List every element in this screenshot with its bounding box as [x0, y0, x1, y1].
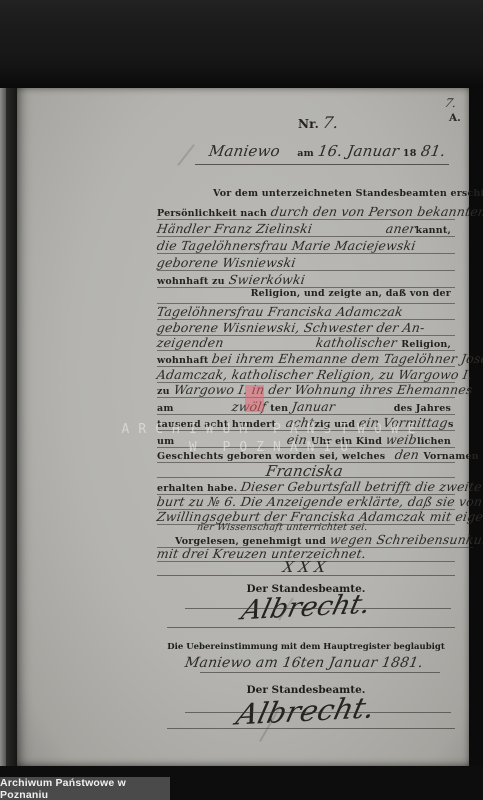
rule-line	[167, 728, 455, 729]
year-prefix: 18	[403, 148, 417, 159]
nr-label: Nr.	[298, 117, 319, 131]
place-name: Maniewo	[207, 142, 281, 160]
nr-value: 7.	[321, 113, 340, 132]
form-line: die Tagelöhnersfrau Marie Maciejewski	[157, 238, 455, 254]
registrar-signature: Albrecht.	[157, 694, 455, 728]
corner-letter: A.	[449, 112, 461, 124]
form-line: Adamczak, katholischer Religion, zu Warg…	[157, 367, 455, 383]
form-line: wohnhaft bei ihrem Ehemanne dem Tagelöhn…	[157, 351, 455, 367]
handwritten-text: weib	[385, 432, 418, 447]
form-line: um ein Uhr ein Kind weib lichen	[157, 432, 455, 448]
film-border-top	[0, 0, 483, 88]
printed-text: zig und	[314, 419, 355, 430]
form-line: erhalten habe. Dieser Geburtsfall betrif…	[157, 479, 455, 495]
handwritten-text: aner	[385, 221, 417, 236]
rule-line	[185, 712, 451, 713]
form-line: burt zu № 6. Die Anzeigende erklärte, da…	[157, 494, 455, 510]
form-line: Persönlichkeit nach durch den von Person…	[157, 204, 455, 220]
rule-line	[185, 608, 451, 609]
handwritten-text: den	[394, 447, 420, 462]
handwritten-text: Maniewo am 16ten Januar 1881.	[184, 655, 424, 671]
handwritten-text: Dieser Geburtsfall betrifft die zweite Z…	[240, 479, 483, 494]
printed-text: Religion, und zeigte an, daß von der	[251, 288, 451, 299]
rule-line	[157, 575, 455, 576]
printed-text: wohnhaft zu	[157, 276, 225, 287]
handwritten-text: ein	[286, 432, 308, 447]
printed-text: kannt,	[416, 225, 451, 236]
form-line: Geschlechts geboren worden sei, welches …	[157, 447, 455, 463]
form-line: wohnhaft zu Swierkówki	[157, 272, 455, 288]
certification-place-date: Maniewo am 16ten Januar 1881.	[157, 652, 455, 671]
corner-page-number: 7.	[443, 96, 458, 110]
printed-text: tausend acht hundert	[157, 419, 276, 430]
archive-caption-bar: Archiwum Państwowe w Poznaniu	[0, 777, 170, 800]
highlight-mark	[245, 385, 264, 412]
handwritten-text: Wargowo I. in der Wohnung ihres Ehemanne…	[173, 382, 474, 397]
rule-line	[200, 672, 440, 673]
handwritten-text: acht	[285, 415, 316, 430]
form-line: Vor dem unterzeichneten Standesbeamten e…	[157, 188, 483, 203]
archive-caption-text: Archiwum Państwowe w Poznaniu	[0, 777, 170, 800]
form-line: zu Wargowo I. in der Wohnung ihres Ehema…	[157, 382, 455, 398]
book-gutter-shadow	[6, 88, 17, 766]
printed-text: ten	[270, 403, 288, 414]
am-label: am	[297, 148, 314, 159]
date-value: 16. Januar	[316, 142, 400, 160]
form-line: Tagelöhnersfrau Franciska Adamczak	[157, 304, 455, 320]
form-line: tausend acht hundert acht zig und ein Vo…	[157, 415, 455, 431]
handwritten-text: zeigenden	[156, 335, 225, 350]
printed-text: um	[157, 436, 174, 447]
handwritten-text: Swierkówki	[227, 272, 305, 287]
printed-text: am	[157, 403, 174, 414]
handwritten-text: bei ihrem Ehemanne dem Tagelöhner Joseph	[211, 351, 483, 366]
signature-crosses: X X X	[157, 558, 455, 573]
form-line: Händler Franz Zielinski aner kannt,	[157, 221, 455, 237]
printed-text: s	[448, 419, 454, 430]
certification-note: Die Uebereinstimmung mit dem Hauptregist…	[157, 642, 455, 652]
printed-text: Vor dem unterzeichneten Standesbeamten e…	[213, 188, 483, 199]
rule-line	[167, 627, 455, 628]
handwritten-text: katholischer	[315, 335, 398, 350]
place-date-line: Maniewo am 16. Januar 18 81.	[195, 142, 449, 165]
handwritten-text: Händler Franz Zielinski	[156, 221, 314, 236]
form-line: am zwölf ten Januar des Jahres	[157, 399, 455, 415]
form-line: zeigenden katholischer Religion,	[157, 335, 455, 351]
handwritten-text: geborene Wisniewski, Schwester der An-	[156, 320, 426, 335]
form-line: geborene Wisniewski, Schwester der An-	[157, 320, 455, 336]
record-number: Nr. 7.	[298, 113, 343, 132]
form-line: Franciska	[157, 462, 455, 478]
child-given-name: Franciska	[264, 462, 344, 480]
printed-text: Geschlechts geboren worden sei, welches	[157, 451, 385, 462]
handwritten-text: Tagelöhnersfrau Franciska Adamczak	[156, 304, 404, 319]
handwritten-text: durch den von Person bekannten	[270, 204, 483, 219]
handwritten-text: geborene Wisniewski	[156, 255, 297, 270]
document-page: Nr. 7. 7. A. Maniewo am 16. Januar 18 81…	[17, 88, 469, 766]
form-line: Religion, und zeigte an, daß von der	[157, 288, 455, 304]
printed-text: zu	[157, 386, 170, 397]
form-line: geborene Wisniewski	[157, 255, 455, 271]
year-suffix: 81.	[419, 142, 446, 160]
handwritten-text: X X X	[281, 558, 326, 576]
printed-text: erhalten habe.	[157, 483, 237, 494]
handwritten-text: Januar	[291, 399, 337, 414]
scan-frame: Nr. 7. 7. A. Maniewo am 16. Januar 18 81…	[0, 0, 483, 800]
handwritten-text: burt zu № 6. Die Anzeigende erklärte, da…	[156, 494, 483, 509]
handwritten-text: ein Vormittag	[358, 415, 449, 430]
printed-text: Uhr ein Kind	[311, 436, 382, 447]
printed-text: des Jahres	[394, 403, 451, 414]
printed-text: Vornamen	[423, 451, 479, 462]
handwritten-text: die Tagelöhnersfrau Marie Maciejewski	[156, 238, 417, 253]
printed-text: Religion,	[401, 339, 451, 350]
ghost-stroke	[177, 144, 195, 166]
printed-text: Persönlichkeit nach	[157, 208, 267, 219]
handwritten-text: wegen Schreibensunkunde	[329, 532, 483, 547]
handwritten-text: Adamczak, katholischer Religion, zu Warg…	[156, 367, 474, 382]
printed-text: wohnhaft	[157, 355, 208, 366]
signature-text: Albrecht.	[233, 690, 378, 731]
printed-text: lichen	[417, 436, 451, 447]
